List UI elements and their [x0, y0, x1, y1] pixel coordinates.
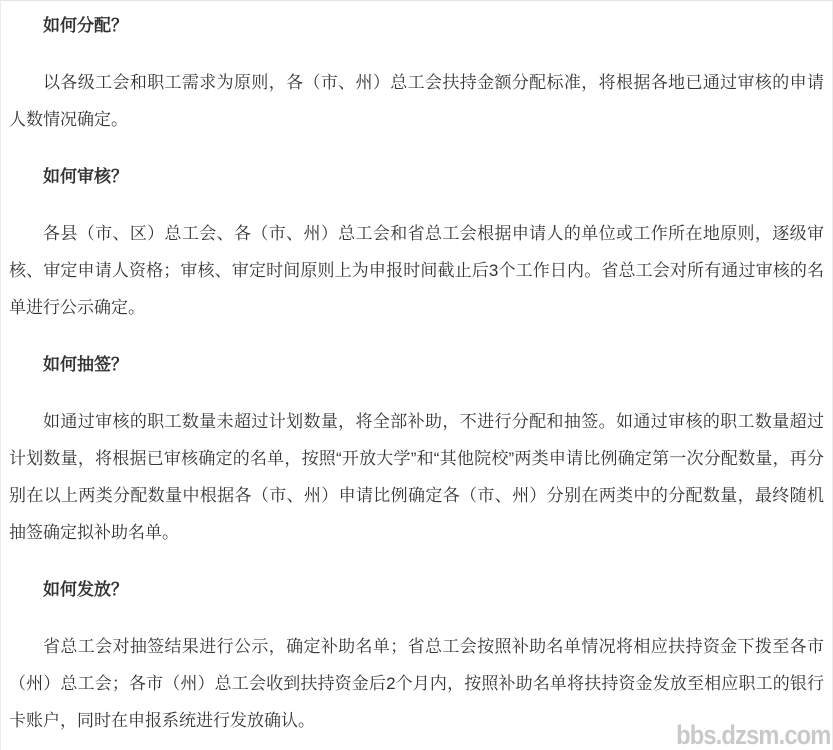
section-paragraph: 如通过审核的职工数量未超过计划数量，将全部补助，不进行分配和抽签。如通过审核的职…: [9, 403, 824, 551]
section-heading: 如何分配？: [9, 7, 824, 44]
section-paragraph: 各县（市、区）总工会、各（市、州）总工会和省总工会根据申请人的单位或工作所在地原…: [9, 215, 824, 326]
qa-section-allocation: 如何分配？ 以各级工会和职工需求为原则，各（市、州）总工会扶持金额分配标准，将根…: [9, 7, 824, 138]
section-heading: 如何抽签？: [9, 346, 824, 383]
qa-section-lottery: 如何抽签？ 如通过审核的职工数量未超过计划数量，将全部补助，不进行分配和抽签。如…: [9, 346, 824, 551]
qa-section-review: 如何审核？ 各县（市、区）总工会、各（市、州）总工会和省总工会根据申请人的单位或…: [9, 158, 824, 326]
qa-section-distribution: 如何发放？ 省总工会对抽签结果进行公示，确定补助名单；省总工会按照补助名单情况将…: [9, 571, 824, 739]
article-page: 如何分配？ 以各级工会和职工需求为原则，各（市、州）总工会扶持金额分配标准，将根…: [0, 0, 833, 750]
section-heading: 如何审核？: [9, 158, 824, 195]
section-paragraph: 以各级工会和职工需求为原则，各（市、州）总工会扶持金额分配标准，将根据各地已通过…: [9, 64, 824, 138]
section-heading: 如何发放？: [9, 571, 824, 608]
site-watermark: bbs.dzsm.com: [677, 722, 831, 749]
